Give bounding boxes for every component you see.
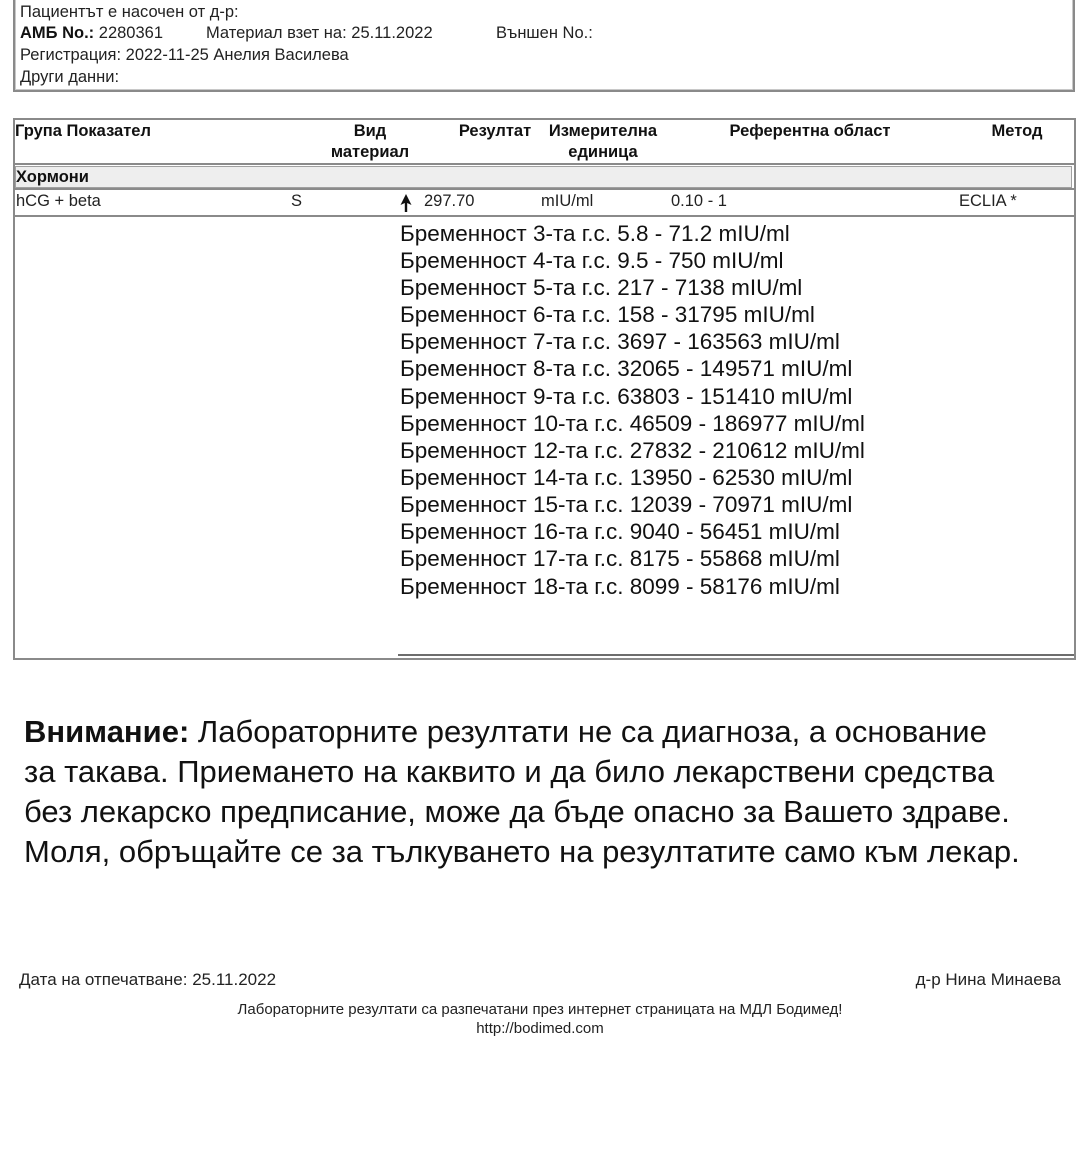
reference-detail: Бременност 15-та г.с. 12039 - 70971 mIU/…	[400, 491, 852, 518]
amb-label: АМБ No.:	[20, 24, 94, 42]
header-material-type-line1: Вид	[320, 121, 420, 142]
header-result: Резултат	[452, 121, 538, 142]
header-unit-line2: единица	[540, 142, 666, 163]
registration-line: Регистрация: 2022-11-25 Анелия Василева	[20, 46, 349, 65]
material-taken-label: Материал взет на:	[206, 24, 347, 42]
referred-by-label: Пациентът е насочен от д-р:	[20, 3, 239, 21]
website-link[interactable]: http://bodimed.com	[0, 1020, 1080, 1037]
print-date-label: Дата на отпечатване:	[19, 970, 187, 989]
other-data-label: Други данни:	[20, 68, 119, 87]
header-group-indicator: Група Показател	[15, 121, 151, 142]
print-notice: Лабораторните резултати са разпечатани п…	[0, 1001, 1080, 1018]
header-unit-line1: Измерителна	[540, 121, 666, 142]
cell-indicator: hCG + beta	[16, 192, 101, 211]
header-unit: Измерителна единица	[540, 121, 666, 163]
reference-detail: Бременност 17-та г.с. 8175 - 55868 mIU/m…	[400, 545, 840, 572]
reference-detail: Бременност 10-та г.с. 46509 - 186977 mIU…	[400, 410, 865, 437]
cell-material: S	[291, 192, 302, 211]
reference-detail: Бременност 9-та г.с. 63803 - 151410 mIU/…	[400, 383, 852, 410]
group-name: Хормони	[16, 167, 89, 188]
print-date: Дата на отпечатване: 25.11.2022	[19, 970, 276, 990]
cell-reference: 0.10 - 1	[671, 192, 727, 211]
amb-line: АМБ No.: 2280361	[20, 24, 163, 43]
external-no-label: Външен No.:	[496, 24, 593, 43]
warning-label: Внимание:	[24, 714, 189, 749]
print-date-value: 25.11.2022	[192, 970, 276, 989]
reference-detail: Бременност 8-та г.с. 32065 - 149571 mIU/…	[400, 355, 852, 382]
reference-detail: Бременност 5-та г.с. 217 - 7138 mIU/ml	[400, 274, 802, 301]
header-material-type-line2: материал	[320, 142, 420, 163]
registration-value: 2022-11-25 Анелия Василева	[126, 46, 349, 64]
header-method: Метод	[976, 121, 1058, 142]
reference-detail: Бременност 16-та г.с. 9040 - 56451 mIU/m…	[400, 518, 840, 545]
material-taken-line: Материал взет на: 25.11.2022	[206, 24, 433, 43]
table-bottom-border	[398, 654, 1074, 656]
reference-detail: Бременност 3-та г.с. 5.8 - 71.2 mIU/ml	[400, 220, 790, 247]
reference-detail: Бременност 12-та г.с. 27832 - 210612 mIU…	[400, 437, 865, 464]
row-divider	[15, 215, 1074, 217]
reference-detail: Бременност 6-та г.с. 158 - 31795 mIU/ml	[400, 301, 815, 328]
cell-result: 297.70	[424, 192, 474, 211]
reference-detail: Бременност 14-та г.с. 13950 - 62530 mIU/…	[400, 464, 852, 491]
cell-method: ECLIA *	[959, 192, 1017, 211]
doctor-name: д-р Нина Минаева	[916, 970, 1061, 990]
group-divider	[15, 188, 1074, 190]
registration-label: Регистрация:	[20, 46, 121, 64]
cell-unit: mIU/ml	[541, 192, 593, 211]
reference-detail: Бременност 4-та г.с. 9.5 - 750 mIU/ml	[400, 247, 784, 274]
header-reference-range: Референтна област	[700, 121, 920, 142]
referred-by-line: Пациентът е насочен от д-р:	[20, 3, 239, 22]
header-material-type: Вид материал	[320, 121, 420, 163]
arrow-up-icon	[399, 193, 413, 213]
reference-detail: Бременност 18-та г.с. 8099 - 58176 mIU/m…	[400, 573, 840, 600]
group-row	[15, 165, 1072, 189]
material-taken-date: 25.11.2022	[351, 24, 432, 42]
warning-notice: Внимание: Лабораторните резултати не са …	[24, 712, 1024, 872]
reference-detail: Бременност 7-та г.с. 3697 - 163563 mIU/m…	[400, 328, 840, 355]
amb-value: 2280361	[99, 24, 163, 42]
